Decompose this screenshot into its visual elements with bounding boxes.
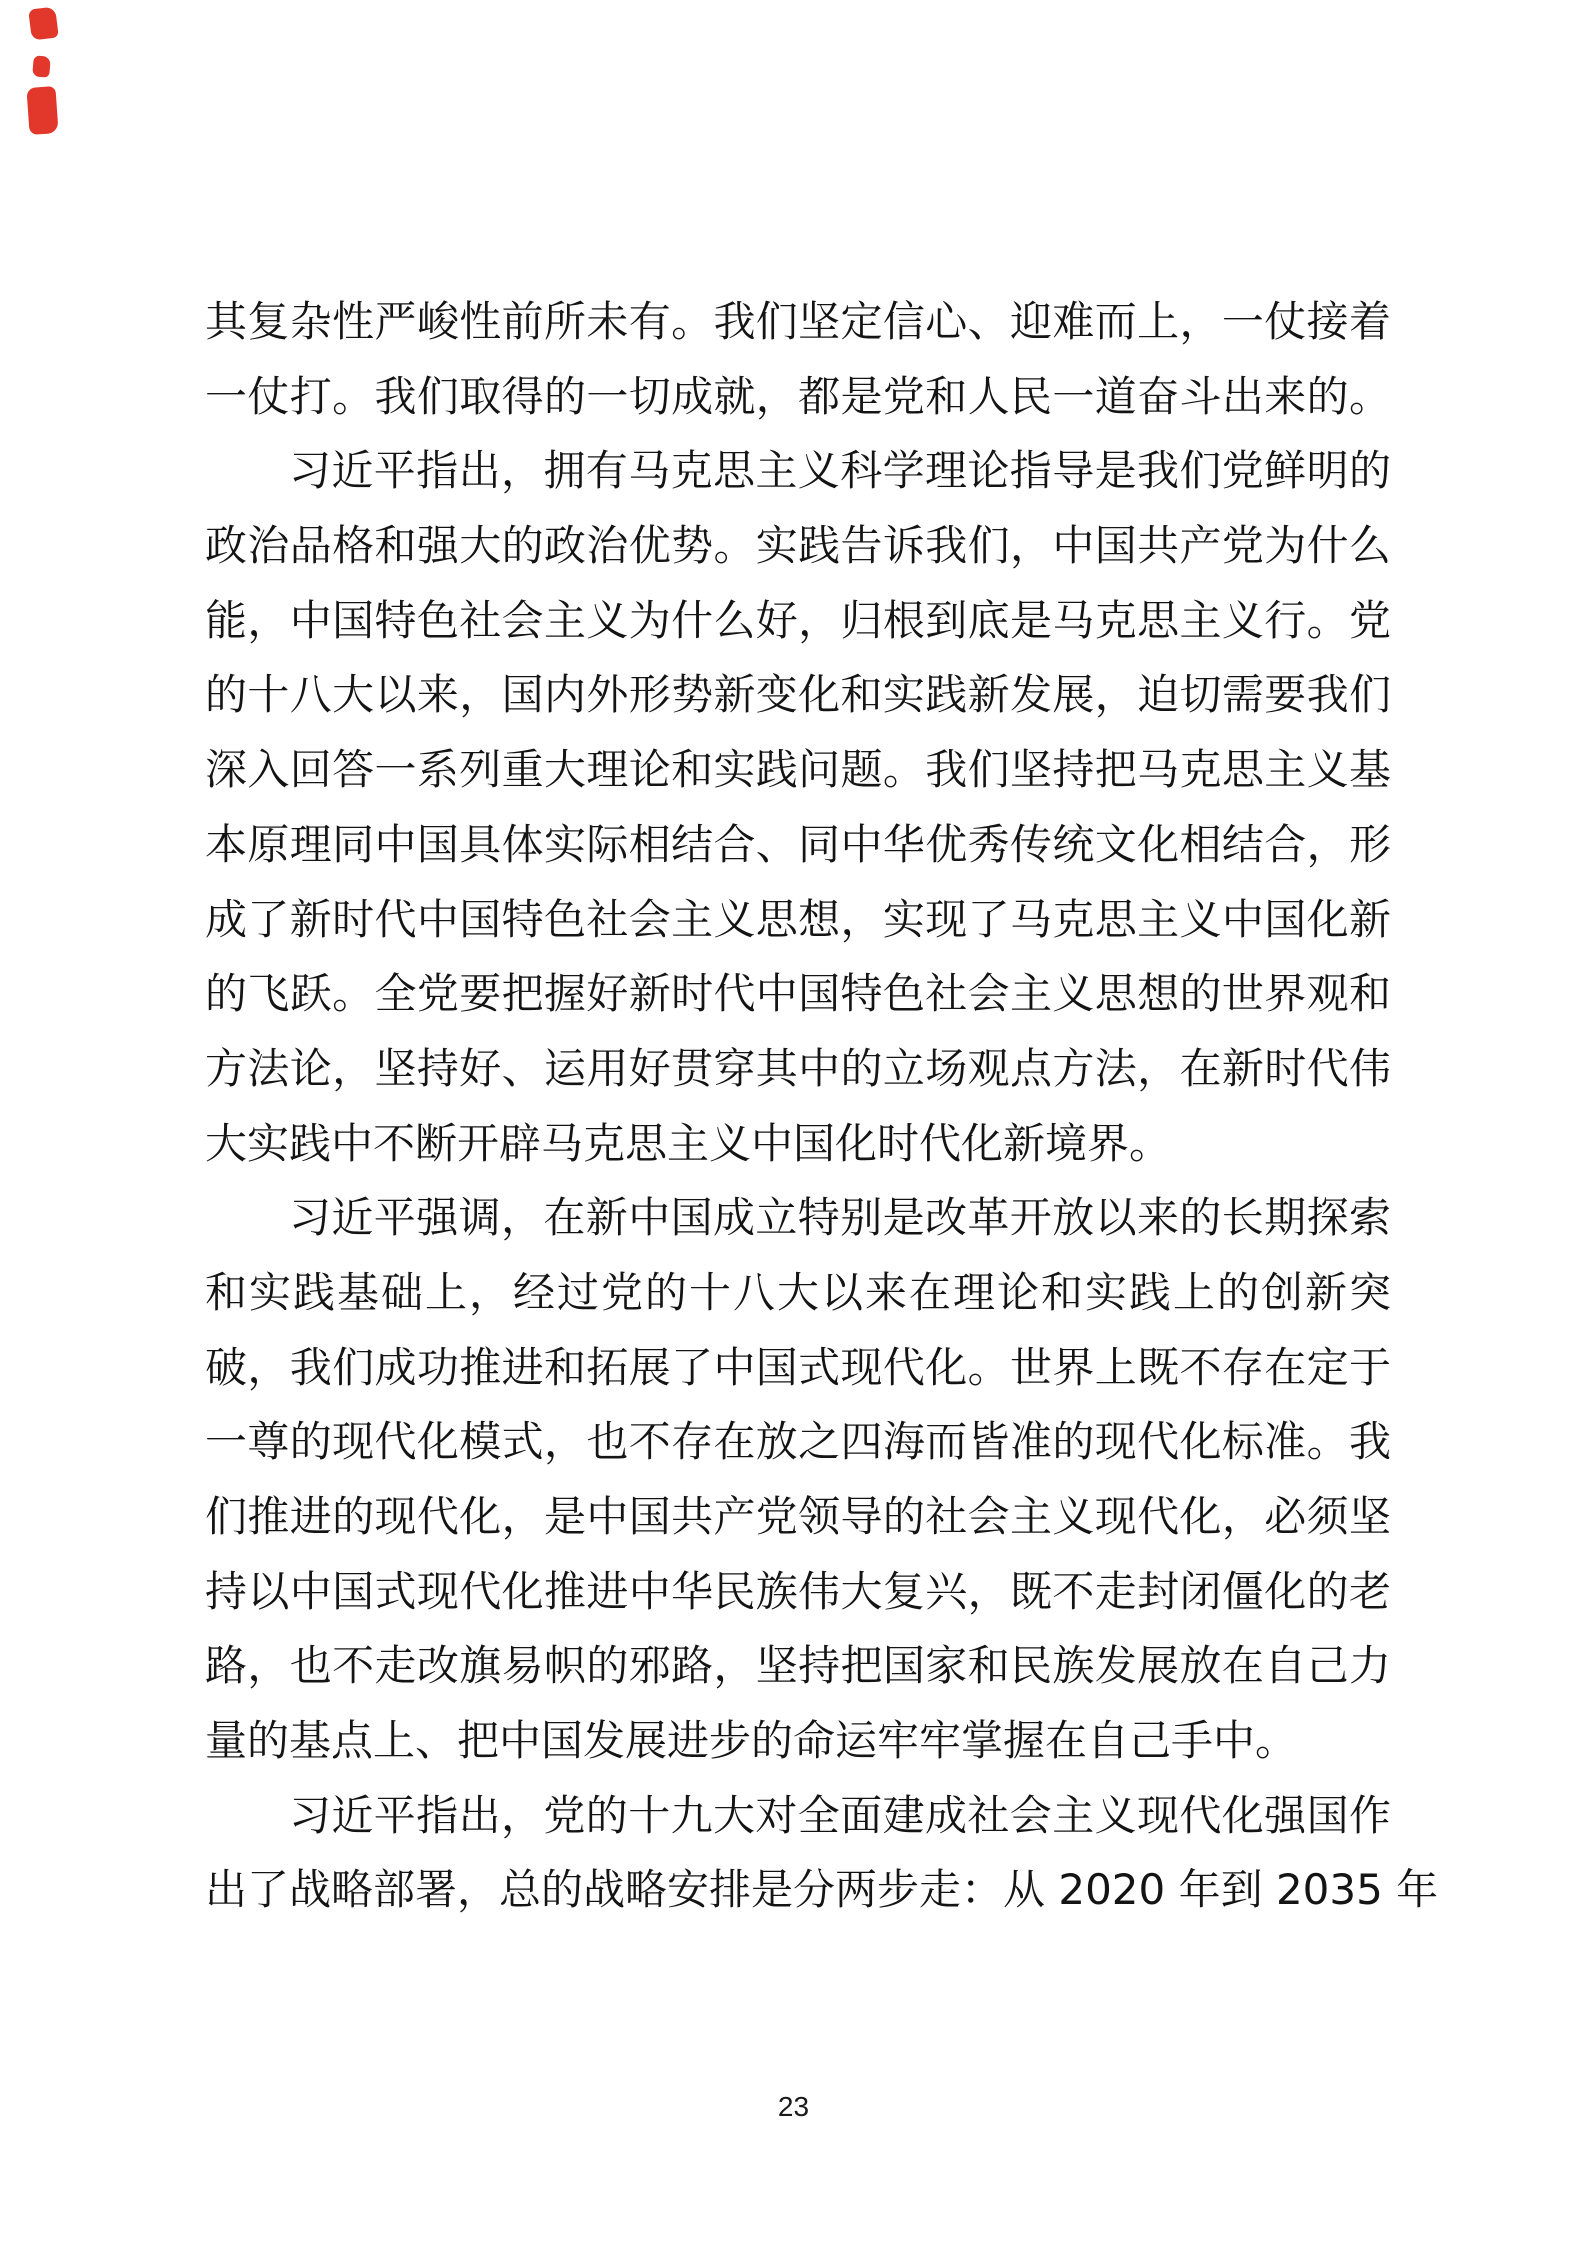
- text-line: 的十八大以来，国内外形势新变化和实践新发展，迫切需要我们: [205, 658, 1391, 733]
- text-line: 们推进的现代化，是中国共产党领导的社会主义现代化，必须坚: [205, 1480, 1391, 1555]
- text-line: 大实践中不断开辟马克思主义中国化时代化新境界。: [205, 1107, 1391, 1182]
- text-line: 成了新时代中国特色社会主义思想，实现了马克思主义中国化新: [205, 883, 1391, 958]
- red-annotation-mark: [28, 6, 59, 40]
- text-line: 破，我们成功推进和拓展了中国式现代化。世界上既不存在定于: [205, 1331, 1391, 1406]
- text-line: 出了战略部署，总的战略安排是分两步走：从 2020 年到 2035 年: [205, 1853, 1391, 1928]
- text-line: 习近平指出，拥有马克思主义科学理论指导是我们党鲜明的: [205, 434, 1391, 509]
- text-line: 其复杂性严峻性前所未有。我们坚定信心、迎难而上，一仗接着: [205, 285, 1391, 360]
- text-line: 的飞跃。全党要把握好新时代中国特色社会主义思想的世界观和: [205, 957, 1391, 1032]
- text-line: 持以中国式现代化推进中华民族伟大复兴，既不走封闭僵化的老: [205, 1555, 1391, 1630]
- page-number: 23: [0, 2090, 1587, 2124]
- text-line: 路，也不走改旗易帜的邪路，坚持把国家和民族发展放在自己力: [205, 1629, 1391, 1704]
- text-line: 和实践基础上，经过党的十八大以来在理论和实践上的创新突: [205, 1256, 1391, 1331]
- text-line: 政治品格和强大的政治优势。实践告诉我们，中国共产党为什么: [205, 509, 1391, 584]
- text-line: 一仗打。我们取得的一切成就，都是党和人民一道奋斗出来的。: [205, 360, 1391, 435]
- body-text: 其复杂性严峻性前所未有。我们坚定信心、迎难而上，一仗接着 一仗打。我们取得的一切…: [205, 285, 1391, 1928]
- red-annotation-mark: [26, 86, 58, 135]
- text-line: 习近平强调，在新中国成立特别是改革开放以来的长期探索: [205, 1181, 1391, 1256]
- text-line: 本原理同中国具体实际相结合、同中华优秀传统文化相结合，形: [205, 808, 1391, 883]
- text-line: 能，中国特色社会主义为什么好，归根到底是马克思主义行。党: [205, 584, 1391, 659]
- text-line: 习近平指出，党的十九大对全面建成社会主义现代化强国作: [205, 1779, 1391, 1854]
- text-line: 深入回答一系列重大理论和实践问题。我们坚持把马克思主义基: [205, 733, 1391, 808]
- text-line: 量的基点上、把中国发展进步的命运牢牢掌握在自己手中。: [205, 1704, 1391, 1779]
- document-page: 其复杂性严峻性前所未有。我们坚定信心、迎难而上，一仗接着 一仗打。我们取得的一切…: [0, 0, 1587, 2245]
- text-line: 一尊的现代化模式，也不存在放之四海而皆准的现代化标准。我: [205, 1405, 1391, 1480]
- text-line: 方法论，坚持好、运用好贯穿其中的立场观点方法，在新时代伟: [205, 1032, 1391, 1107]
- red-annotation-mark: [32, 55, 51, 77]
